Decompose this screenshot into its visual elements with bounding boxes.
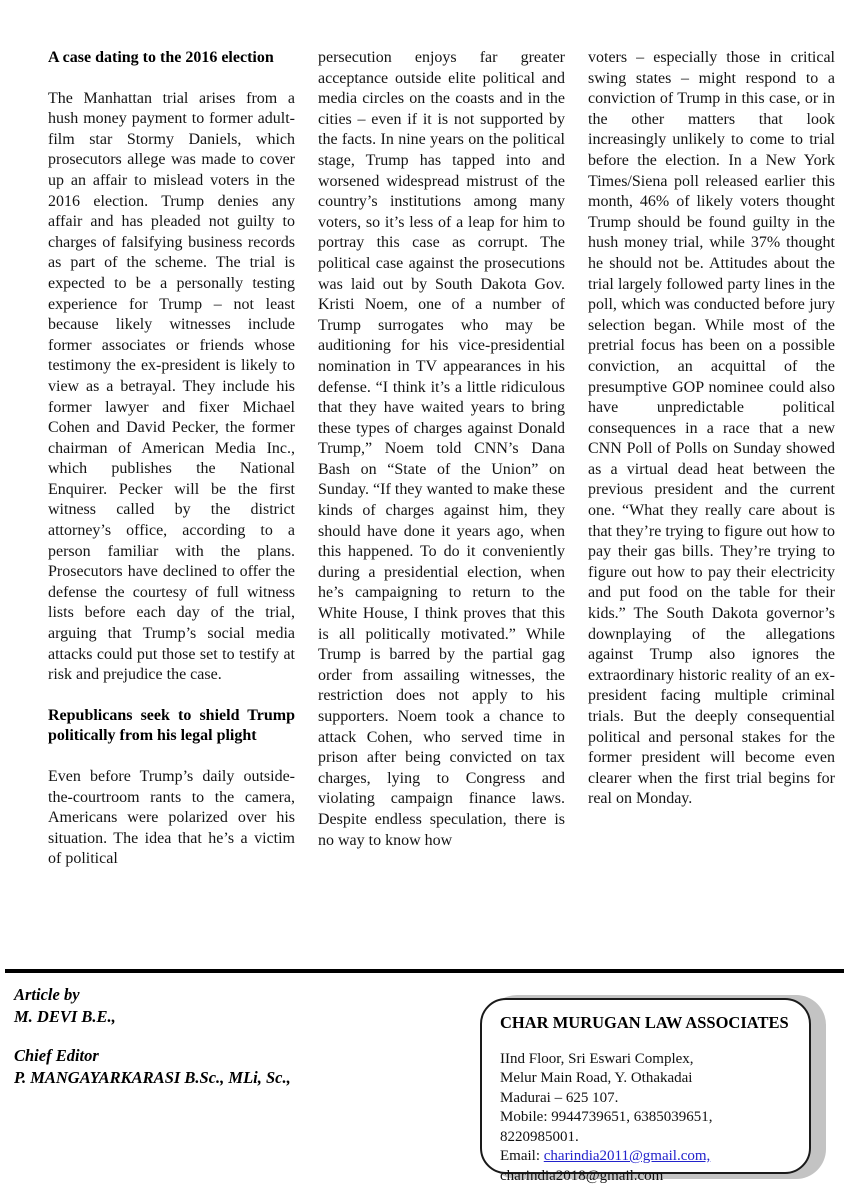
- email-link-charindia2011[interactable]: charindia2011@gmail.com,: [544, 1148, 711, 1164]
- credit-name-author: M. DEVI B.E.,: [14, 1006, 291, 1028]
- section-heading-republicans-shield: Republicans seek to shield Trump politic…: [48, 706, 295, 747]
- section-heading-case-dating: A case dating to the 2016 election: [48, 48, 295, 69]
- paragraph-voters-swing-states: voters – especially those in critical sw…: [588, 48, 835, 810]
- address-line-floor: IInd Floor, Sri Eswari Complex,: [500, 1050, 791, 1070]
- credit-label-chief-editor: Chief Editor: [14, 1045, 291, 1067]
- document-page: A case dating to the 2016 election The M…: [0, 0, 849, 1200]
- paragraph-even-before: Even before Trump’s daily outside-the-co…: [48, 767, 295, 870]
- email-secondary: charindia2018@gmail.com: [500, 1167, 791, 1187]
- article-column-2: persecution enjoys far greater acceptanc…: [318, 48, 565, 890]
- email-line: Email: charindia2011@gmail.com,: [500, 1147, 791, 1167]
- address-line-city: Madurai – 625 107.: [500, 1089, 791, 1109]
- mobile-numbers-line: Mobile: 9944739651, 6385039651, 82209850…: [500, 1108, 791, 1147]
- credit-spacer: [14, 1028, 291, 1045]
- address-line-road: Melur Main Road, Y. Othakadai: [500, 1069, 791, 1089]
- article-column-3: voters – especially those in critical sw…: [588, 48, 835, 890]
- law-associates-card: CHAR MURUGAN LAW ASSOCIATES IInd Floor, …: [480, 998, 811, 1174]
- article-columns: A case dating to the 2016 election The M…: [48, 48, 835, 890]
- footer-divider: [5, 969, 844, 973]
- paragraph-manhattan-trial: The Manhattan trial arises from a hush m…: [48, 89, 295, 686]
- credit-label-article-by: Article by: [14, 984, 291, 1006]
- article-credits: Article by M. DEVI B.E., Chief Editor P.…: [14, 984, 291, 1089]
- article-column-1: A case dating to the 2016 election The M…: [48, 48, 295, 890]
- paragraph-persecution: persecution enjoys far greater acceptanc…: [318, 48, 565, 851]
- law-firm-title: CHAR MURUGAN LAW ASSOCIATES: [500, 1013, 791, 1033]
- credit-name-editor: P. MANGAYARKARASI B.Sc., MLi, Sc.,: [14, 1067, 291, 1089]
- email-label: Email:: [500, 1148, 544, 1164]
